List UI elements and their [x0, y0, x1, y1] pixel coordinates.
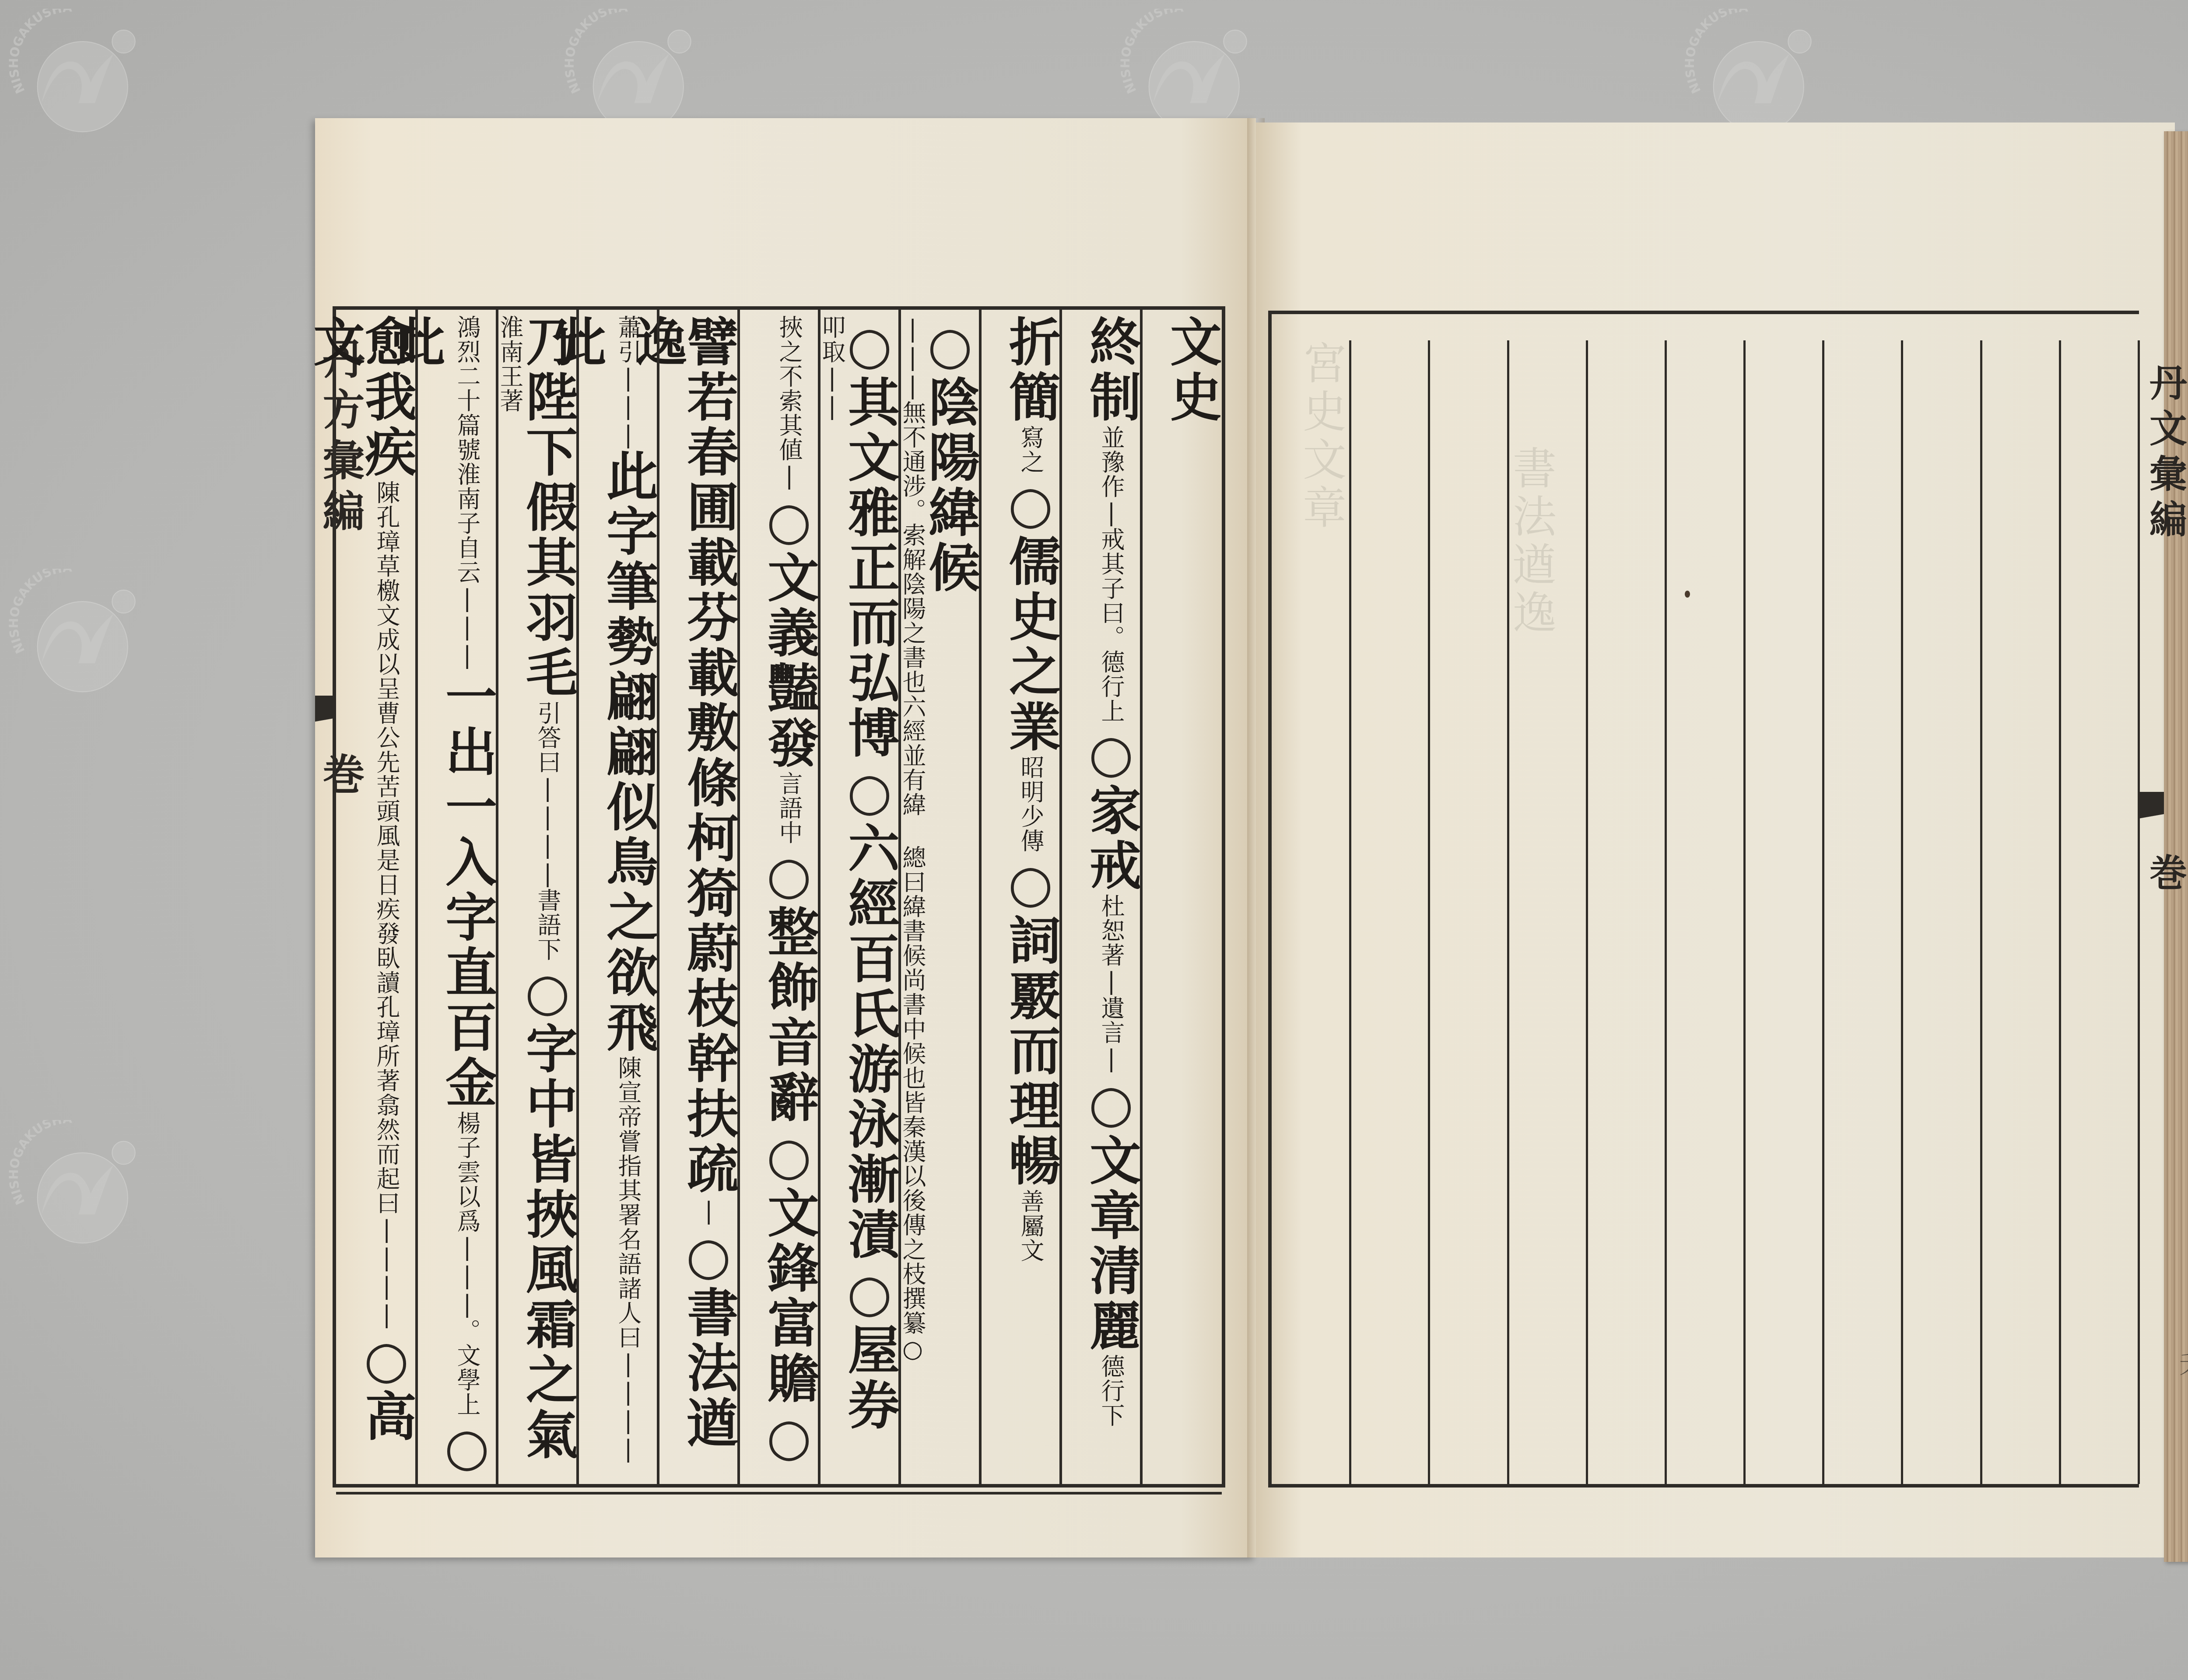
- right-hanshin-title: 丹文彙編: [2138, 363, 2188, 545]
- headword: 六經百氏游泳漸漬: [839, 822, 900, 1263]
- headword: 文鋒富贍: [759, 1186, 820, 1407]
- ink-dot: [1685, 591, 1690, 598]
- watermark-logo-icon: NISHOGAKUSHA: [9, 1120, 140, 1251]
- column-rule: [1980, 340, 1982, 1484]
- annotation: 昭明少傳: [1019, 755, 1042, 853]
- fishtail-mark-icon: [2138, 792, 2164, 836]
- circle-marker-icon: ○: [356, 1329, 417, 1389]
- circle-marker-icon: ○: [759, 1126, 819, 1186]
- circle-marker-icon: ○: [678, 1225, 739, 1286]
- headword: 字中皆挾風霜之氣: [517, 1022, 578, 1463]
- circle-marker-icon: ○: [839, 315, 900, 375]
- circle-marker-icon: ○: [437, 1417, 497, 1477]
- circle-marker-icon: ○: [839, 1263, 900, 1323]
- annotation: 寫之: [1019, 425, 1042, 474]
- circle-marker-icon: ○: [1081, 723, 1141, 784]
- annotation: 楊子雲以爲|||。文學上: [455, 1111, 479, 1417]
- left-fore-edge-label: 丹方彙編 巻: [315, 249, 333, 1518]
- show-through-text: 宮史文章: [1289, 340, 1352, 533]
- circle-marker-icon: ○: [759, 845, 819, 905]
- annotation: 陳宣帝嘗指其署名語諸人曰||||: [616, 1056, 640, 1463]
- right-ruled-frame: 宮史文章 書法遒逸: [1268, 311, 2139, 1487]
- headword: 整飾音辭: [759, 905, 820, 1126]
- watermark-logo-icon: NISHOGAKUSHA: [9, 9, 140, 140]
- column-rule: [1665, 340, 1667, 1484]
- circle-marker-icon: ○: [920, 315, 980, 375]
- annotation: |: [697, 1197, 720, 1225]
- annotation: 並豫作|戒其子曰。德行上: [1099, 425, 1123, 723]
- circle-marker-icon: ○: [1081, 1073, 1141, 1134]
- column-rule: [1428, 340, 1430, 1484]
- headword: 一出一入字直百金: [437, 670, 498, 1111]
- text-column: ○陰陽緯候|||無不通涉。索解陰陽之書也六經並有緯 總曰緯書候尚書中候也皆秦漢以…: [908, 315, 976, 1479]
- watermark-logo-icon: NISHOGAKUSHA: [9, 569, 140, 700]
- left-page: 丹方彙編 巻 文史終制並豫作|戒其子曰。德行上○家戒杜恕著|遺言|○文章清麗德行…: [315, 118, 1256, 1557]
- annotation: 挾之不索其値|: [777, 315, 801, 490]
- stray-ink-mark: 夭: [2179, 1343, 2188, 1381]
- annotation: 德行下: [1099, 1354, 1123, 1428]
- annotation: 叩取||: [820, 315, 844, 421]
- headword: 折簡: [1000, 315, 1061, 425]
- headword: 家戒: [1081, 784, 1142, 894]
- circle-marker-icon: ○: [1000, 853, 1061, 913]
- headword: 文義豔發: [759, 551, 820, 771]
- column-rule: [2059, 340, 2061, 1484]
- text-column: 終制並豫作|戒其子曰。德行上○家戒杜恕著|遺言|○文章清麗德行下: [1069, 315, 1137, 1479]
- left-text-frame: 文史終制並豫作|戒其子曰。德行上○家戒杜恕著|遺言|○文章清麗德行下折簡寫之○儒…: [333, 306, 1225, 1487]
- headword: 譬若春圃載芬載敷條柯猗蔚枝幹扶疏: [678, 315, 739, 1197]
- right-hanshin-volume: 巻: [2138, 853, 2188, 891]
- text-column: ○其文雅正而弘博○六經百氏游泳漸漬○屋券叩取||: [828, 315, 895, 1479]
- fishtail-mark-icon: [315, 696, 333, 739]
- headword: 終制: [1081, 315, 1142, 425]
- column-rule: [1822, 340, 1824, 1484]
- headword: 詞覈而理暢: [1000, 913, 1061, 1189]
- headword: 其文雅正而弘博: [839, 375, 900, 761]
- text-column: 乃陛下假其羽毛引答曰||||書語下○字中皆挾風霜之氣淮南王著: [506, 315, 573, 1479]
- annotation: 引答曰||||書語下: [536, 701, 559, 962]
- annotation: 陳孔璋草檄文成以呈曹公先苦頭風是日疾發臥讀孔璋所著翕然而起曰||||: [375, 480, 398, 1329]
- headword: 此字筆勢翩翩似鳥之欲飛: [598, 449, 659, 1056]
- annotation: 淮南王著: [498, 315, 522, 413]
- frame-bottom-rule: [336, 1492, 1222, 1494]
- column-rule: [1586, 340, 1588, 1484]
- text-column: 折簡寫之○儒史之業昭明少傳○詞覈而理暢善屬文: [989, 315, 1056, 1479]
- headword: 陰陽緯候: [920, 375, 981, 596]
- annotation: 杜恕著|遺言|: [1099, 894, 1123, 1073]
- text-column: 譬若春圃載芬載敷條柯猗蔚枝幹扶疏|○書法遒逸: [667, 315, 734, 1479]
- show-through-text: 書法遒逸: [1499, 445, 1562, 638]
- text-column: 蕭引|||此字筆勢翩翩似鳥之欲飛陳宣帝嘗指其署名語諸人曰||||此: [586, 315, 654, 1479]
- annotation: 蕭引|||: [616, 315, 640, 449]
- headword: 屋券: [839, 1323, 900, 1433]
- column-rule: [1901, 340, 1903, 1484]
- open-book: 丹方彙編 巻 文史終制並豫作|戒其子曰。德行上○家戒杜恕著|遺言|○文章清麗德行…: [315, 118, 2188, 1562]
- headword: 乃陛下假其羽毛: [517, 315, 578, 701]
- text-column: 文史: [1150, 315, 1217, 1479]
- column-rule: [1743, 340, 1746, 1484]
- annotation: |||無不通涉。索解陰陽之書也六經並有緯 總曰緯書候尚書中候也皆秦漢以後傳之枝撰…: [901, 315, 924, 1364]
- text-column: 愈我疾陳孔璋草檄文成以呈曹公先苦頭風是日疾發臥讀孔璋所著翕然而起曰||||○高文: [345, 315, 412, 1479]
- circle-marker-icon: ○: [759, 490, 819, 551]
- headword: 文史: [1161, 315, 1222, 425]
- text-column: 挾之不索其値|○文義豔發言語中○整飾音辭○文鋒富贍○: [747, 315, 815, 1479]
- column-rule: [415, 310, 418, 1484]
- annotation: 善屬文: [1019, 1189, 1042, 1263]
- circle-marker-icon: ○: [517, 962, 578, 1022]
- annotation: 鴻烈二十篇號淮南子自云|||: [455, 315, 479, 670]
- circle-marker-icon: ○: [759, 1407, 819, 1467]
- headword: 儒史之業: [1000, 535, 1061, 755]
- annotation: 言語中: [777, 771, 801, 845]
- headword: 文章清麗: [1081, 1134, 1142, 1354]
- text-column: 鴻烈二十篇號淮南子自云|||一出一入字直百金楊子雲以爲|||。文學上○此: [425, 315, 493, 1479]
- circle-marker-icon: ○: [839, 761, 900, 822]
- circle-marker-icon: ○: [1000, 474, 1061, 535]
